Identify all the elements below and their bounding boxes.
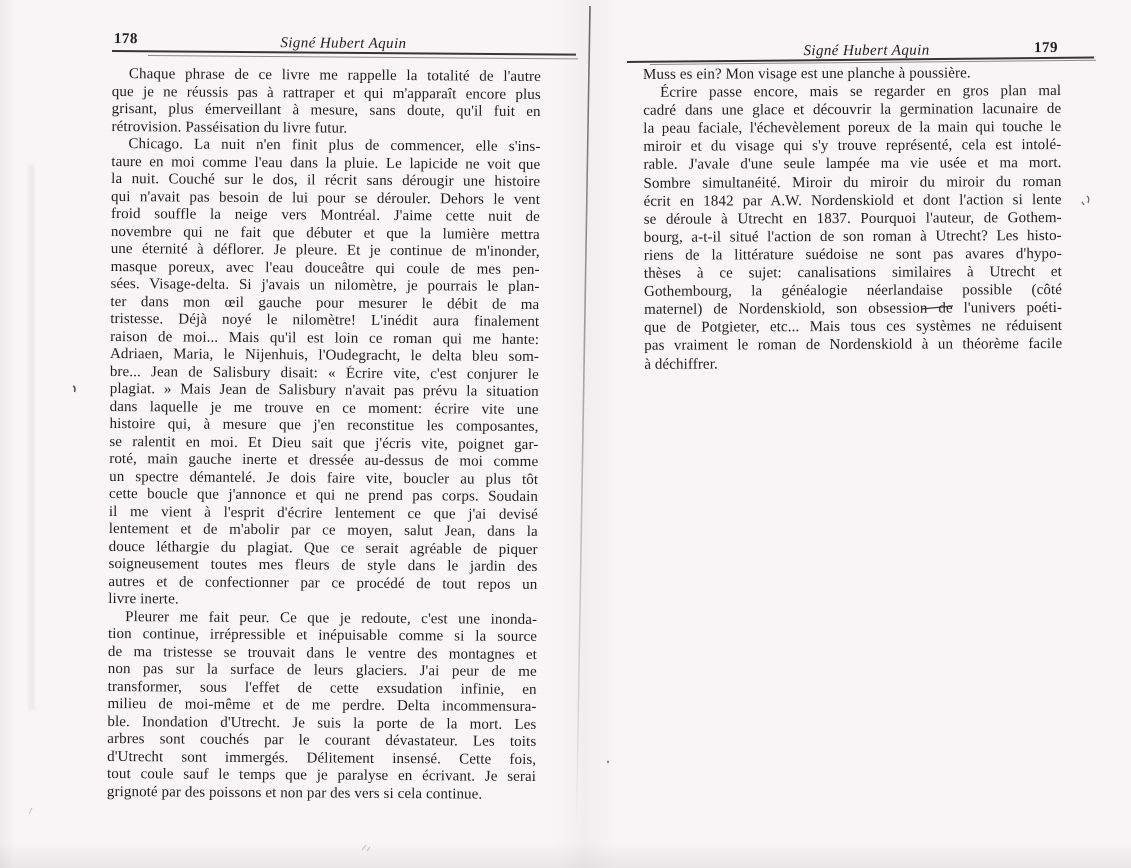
text-line: Sombre simultanéité. Miroir du miroir du… — [643, 173, 1061, 193]
text-line: cadré dans une glace et découvrir la ger… — [643, 100, 1061, 120]
paragraph: Muss es ein? Mon visage est une planche … — [643, 64, 1061, 84]
page-gutter-shading — [556, 0, 616, 868]
paragraph: Écrire passe encore, mais se regarder en… — [643, 82, 1062, 373]
text-line: thèses à ce sujet: canalisations similai… — [644, 263, 1062, 283]
text-line: milieu de moi-même et de me perdre. Delt… — [107, 696, 536, 716]
left-header-rule-echo — [148, 55, 578, 59]
scanned-book-spread: 178 Signé Hubert Aquin Chaque phrase de … — [0, 0, 1131, 868]
text-line: rable. J'avale d'une seule lampée ma vie… — [643, 154, 1061, 174]
text-line: riens de la littérature suédoise ne sont… — [644, 245, 1062, 265]
text-line: froid souffle la neige vers Montréal. J'… — [111, 206, 540, 226]
text-line: arbres sont couchés par le courant dévas… — [107, 731, 536, 751]
text-line: la peau faciale, l'échevèlement poreux d… — [643, 118, 1061, 138]
right-page-header: Signé Hubert Aquin 179 — [643, 40, 1060, 42]
text-line: Écrire passe encore, mais se regarder en… — [643, 82, 1061, 102]
left-margin-speck — [73, 386, 75, 392]
bottom-speck — [362, 845, 370, 851]
left-page-header: 178 Signé Hubert Aquin — [112, 31, 575, 34]
left-page-body: Chaque phrase de ce livre me rappelle la… — [107, 66, 541, 804]
text-line: livre inerte. — [108, 591, 537, 611]
text-line: plagiat. » Mais Jean de Salisbury n'avai… — [110, 381, 539, 401]
text-line: roté, main gauche inerte et dressée au-d… — [109, 451, 538, 471]
text-line: que de Potgieter, etc... Mais tous ces s… — [644, 317, 1062, 337]
text-line: Chicago. La nuit n'en finit plus de comm… — [111, 136, 540, 156]
text-line: maternel) de Nordenskiold, son obsession… — [644, 299, 1062, 319]
text-line: sées. Visage-delta. Si j'avais un nilomè… — [110, 276, 539, 296]
bottom-edge-shading — [0, 842, 1131, 868]
text-line: une éternité à déflorer. Je pleure. Et j… — [111, 241, 540, 261]
text-line: écrit en 1842 par A.W. Nordenskiold et d… — [644, 191, 1062, 211]
text-line: tout coule sauf le temps que je paralyse… — [107, 766, 536, 786]
text-line: Muss es ein? Mon visage est une planche … — [643, 64, 1061, 84]
text-line: tion continue, irrépressible et inépuisa… — [108, 626, 537, 646]
text-line: à déchiffrer. — [644, 353, 1062, 373]
bottom-left-speck — [29, 808, 32, 814]
text-line: la nuit. Couché sur le dos, il récrit sa… — [111, 171, 540, 191]
paragraph: Chaque phrase de ce livre me rappelle la… — [112, 66, 541, 139]
text-line: bourg, a-t-il situé l'action de son roma… — [644, 227, 1062, 247]
left-margin-streak — [28, 165, 35, 710]
gutter-dot-speck — [607, 761, 609, 763]
text-line: se déroule à Utrecht en 1837. Pourquoi l… — [644, 209, 1062, 229]
text-line: soigneusement toutes mes fleurs de style… — [108, 556, 537, 576]
text-line: Gothembourg, la généalogie néerlandaise … — [644, 281, 1062, 301]
right-page-number: 179 — [1034, 40, 1058, 57]
text-line: miroir et du visage qui s'y trouve repré… — [643, 136, 1061, 156]
text-line: pas vraiment le roman de Nordenskiold à … — [644, 335, 1062, 355]
right-margin-speck — [1082, 196, 1089, 205]
page-gutter-line — [577, 6, 591, 822]
text-line: lentement et de m'abolir par ce moyen, s… — [109, 521, 538, 541]
text-line: Adriaen, Maria, le Nijenhuis, l'Oudegrac… — [110, 346, 539, 366]
right-page-body: Muss es ein? Mon visage est une planche … — [643, 64, 1062, 373]
text-line: tristesse. Déjà noyé le nilomètre! L'iné… — [110, 311, 539, 331]
paragraph: Pleurer me fait peur. Ce que je redoute,… — [107, 608, 537, 803]
text-line: Chaque phrase de ce livre me rappelle la… — [112, 66, 541, 86]
text-line: histoire qui, à mesure que j'en reconsti… — [109, 416, 538, 436]
text-line: grignoté par des poissons et non par des… — [107, 783, 536, 803]
text-line: grisant, plus émerveillant à mesure, san… — [112, 101, 541, 121]
text-line: cette boucle que j'annonce et qui ne pre… — [109, 486, 538, 506]
paragraph: Chicago. La nuit n'en finit plus de comm… — [108, 136, 540, 611]
left-edge-shading — [0, 0, 14, 868]
text-line: non pas sur la surface de leurs glaciers… — [108, 661, 537, 681]
